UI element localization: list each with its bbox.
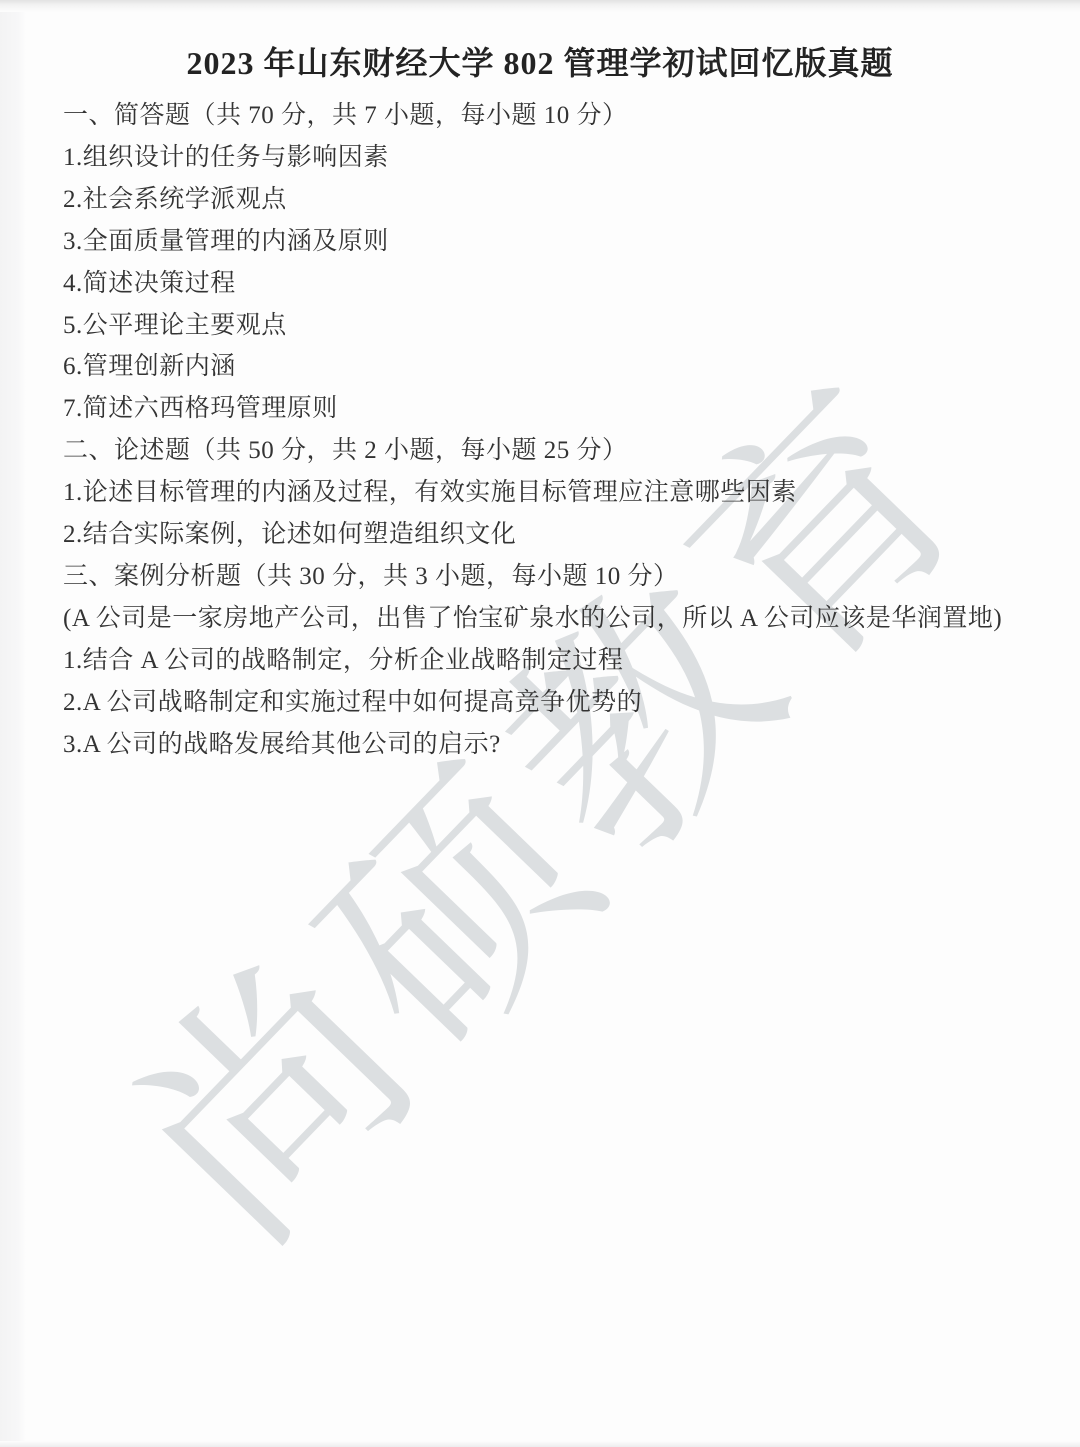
exam-body: 一、简答题（共 70 分，共 7 小题，每小题 10 分） 1.组织设计的任务与… [63,95,1044,766]
section-3-heading: 三、案例分析题（共 30 分，共 3 小题，每小题 10 分） [63,556,1044,598]
section2-question-1: 1.论述目标管理的内涵及过程，有效实施目标管理应注意哪些因素 [63,472,1044,514]
section3-question-1: 1.结合 A 公司的战略制定，分析企业战略制定过程 [63,640,1044,682]
section1-question-2: 2.社会系统学派观点 [63,179,1044,221]
scan-edge-bottom [0,1441,1080,1447]
section1-question-6: 6.管理创新内涵 [63,346,1044,388]
exam-paper-page: 尚硕教育 2023 年山东财经大学 802 管理学初试回忆版真题 一、简答题（共… [0,0,1080,1447]
scan-edge-top [0,0,1080,12]
section3-question-3: 3.A 公司的战略发展给其他公司的启示? [63,724,1044,766]
exam-title: 2023 年山东财经大学 802 管理学初试回忆版真题 [0,38,1080,84]
section-2-heading: 二、论述题（共 50 分，共 2 小题，每小题 25 分） [63,430,1044,472]
section1-question-4: 4.简述决策过程 [63,263,1044,305]
section1-question-3: 3.全面质量管理的内涵及原则 [63,221,1044,263]
section2-question-2: 2.结合实际案例，论述如何塑造组织文化 [63,514,1044,556]
section1-question-1: 1.组织设计的任务与影响因素 [63,137,1044,179]
section3-case-note: (A 公司是一家房地产公司，出售了怡宝矿泉水的公司，所以 A 公司应该是华润置地… [63,598,1044,640]
section-1-heading: 一、简答题（共 70 分，共 7 小题，每小题 10 分） [63,95,1044,137]
section3-question-2: 2.A 公司战略制定和实施过程中如何提高竞争优势的 [63,682,1044,724]
scan-edge-left [0,0,26,1447]
section1-question-7: 7.简述六西格玛管理原则 [63,388,1044,430]
section1-question-5: 5.公平理论主要观点 [63,305,1044,347]
